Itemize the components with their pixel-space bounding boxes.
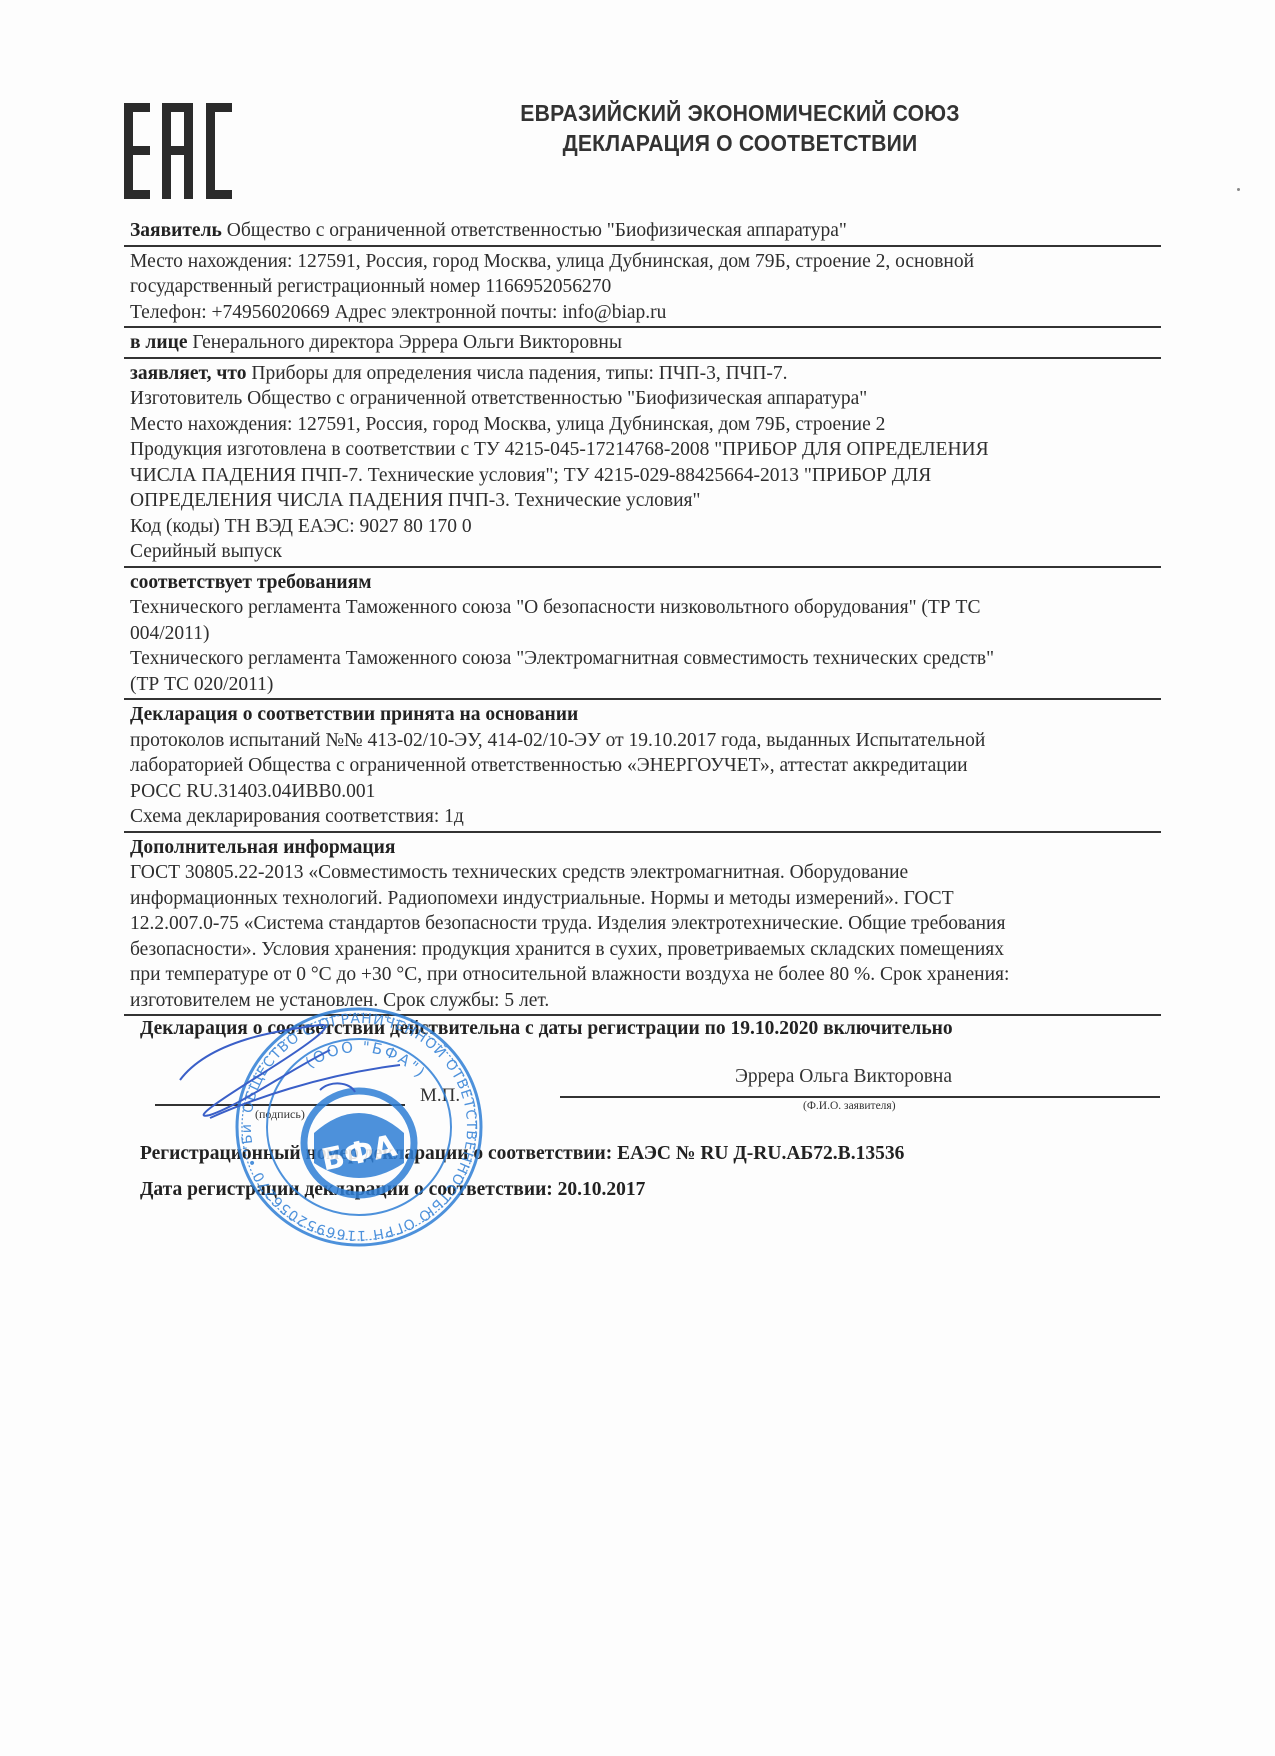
signature-caption: (подпись) bbox=[255, 1107, 305, 1122]
divider bbox=[124, 1014, 1161, 1016]
additional-line-5: при температуре от 0 °С до +30 °С, при о… bbox=[130, 962, 1155, 988]
representative-label: в лице bbox=[130, 332, 187, 353]
production-type: Серийный выпуск bbox=[130, 539, 1155, 565]
applicant-address-1: Место нахождения: 127591, Россия, город … bbox=[130, 249, 1155, 275]
production-standards-2: ЧИСЛА ПАДЕНИЯ ПЧП-7. Технические условия… bbox=[130, 463, 1155, 489]
registration-date: Дата регистрации декларации о соответств… bbox=[140, 1179, 645, 1201]
signer-name: Эррера Ольга Викторовна bbox=[735, 1066, 952, 1088]
hs-code: Код (коды) ТН ВЭД ЕАЭС: 9027 80 170 0 bbox=[130, 514, 1155, 540]
representative-value: Генерального директора Эррера Ольги Викт… bbox=[187, 332, 621, 353]
regulation-2-line-1: Технического регламента Таможенного союз… bbox=[130, 646, 1155, 672]
declaration-body: Заявитель Общество с ограниченной ответс… bbox=[130, 218, 1155, 1018]
divider bbox=[124, 357, 1161, 359]
regulation-1-line-1: Технического регламента Таможенного союз… bbox=[130, 595, 1155, 621]
additional-line-1: ГОСТ 30805.22-2013 «Совместимость технич… bbox=[130, 860, 1155, 886]
additional-line-2: информационных технологий. Радиопомехи и… bbox=[130, 886, 1155, 912]
declaration-page: ЕВРАЗИЙСКИЙ ЭКОНОМИЧЕСКИЙ СОЮЗ ДЕКЛАРАЦИ… bbox=[0, 0, 1275, 1756]
divider bbox=[124, 326, 1161, 328]
svg-text:(ООО "БФА"): (ООО "БФА") bbox=[302, 1038, 430, 1082]
declaration-scheme: Схема декларирования соответствия: 1д bbox=[130, 804, 1155, 830]
additional-label: Дополнительная информация bbox=[130, 835, 1155, 861]
registration-number: Регистрационный номер декларации о соотв… bbox=[140, 1143, 904, 1165]
declares-row: заявляет, что Приборы для определения чи… bbox=[130, 361, 1155, 387]
additional-line-6: изготовителем не установлен. Срок службы… bbox=[130, 988, 1155, 1014]
divider bbox=[124, 245, 1161, 247]
document-title: ЕВРАЗИЙСКИЙ ЭКОНОМИЧЕСКИЙ СОЮЗ ДЕКЛАРАЦИ… bbox=[380, 98, 1100, 158]
scan-speck bbox=[1237, 188, 1240, 191]
signature-line bbox=[155, 1104, 405, 1106]
applicant-row: Заявитель Общество с ограниченной ответс… bbox=[130, 218, 1155, 244]
production-standards-1: Продукция изготовлена в соответствии с Т… bbox=[130, 437, 1155, 463]
manufacturer-address: Место нахождения: 127591, Россия, город … bbox=[130, 412, 1155, 438]
production-standards-3: ОПРЕДЕЛЕНИЯ ЧИСЛА ПАДЕНИЯ ПЧП-3. Техниче… bbox=[130, 488, 1155, 514]
manufacturer: Изготовитель Общество с ограниченной отв… bbox=[130, 386, 1155, 412]
representative-row: в лице Генерального директора Эррера Оль… bbox=[130, 330, 1155, 356]
company-stamp-icon: ОБЩЕСТВО С ОГРАНИЧЕННОЙ ОТВЕТСТВЕННОСТЬЮ… bbox=[232, 1003, 487, 1251]
applicant-contacts: Телефон: +74956020669 Адрес электронной … bbox=[130, 300, 1155, 326]
seal-mark: М.П. bbox=[420, 1085, 460, 1107]
signer-name-line bbox=[560, 1096, 1160, 1098]
divider bbox=[124, 831, 1161, 833]
conforms-label: соответствует требованиям bbox=[130, 570, 1155, 596]
applicant-label: Заявитель bbox=[130, 220, 222, 241]
declares-value: Приборы для определения числа падения, т… bbox=[247, 363, 788, 384]
declares-label: заявляет, что bbox=[130, 363, 247, 384]
regulation-1-line-2: 004/2011) bbox=[130, 621, 1155, 647]
regulation-2-line-2: (ТР ТС 020/2011) bbox=[130, 672, 1155, 698]
title-declaration: ДЕКЛАРАЦИЯ О СООТВЕТСТВИИ bbox=[409, 128, 1071, 158]
additional-line-4: безопасности». Условия хранения: продукц… bbox=[130, 937, 1155, 963]
divider bbox=[124, 698, 1161, 700]
applicant-address-2: государственный регистрационный номер 11… bbox=[130, 274, 1155, 300]
basis-line-1: протоколов испытаний №№ 413-02/10-ЭУ, 41… bbox=[130, 728, 1155, 754]
basis-line-3: РОСС RU.31403.04ИВВ0.001 bbox=[130, 779, 1155, 805]
eac-mark-icon bbox=[124, 103, 232, 199]
title-union: ЕВРАЗИЙСКИЙ ЭКОНОМИЧЕСКИЙ СОЮЗ bbox=[409, 98, 1071, 128]
applicant-value: Общество с ограниченной ответственностью… bbox=[222, 220, 847, 241]
basis-line-2: лабораторией Общества с ограниченной отв… bbox=[130, 753, 1155, 779]
divider bbox=[124, 566, 1161, 568]
additional-line-3: 12.2.007.0-75 «Система стандартов безопа… bbox=[130, 911, 1155, 937]
basis-label: Декларация о соответствии принята на осн… bbox=[130, 702, 1155, 728]
validity-statement: Декларация о соответствии действительна … bbox=[140, 1018, 953, 1040]
signer-caption: (Ф.И.О. заявителя) bbox=[803, 1100, 896, 1112]
